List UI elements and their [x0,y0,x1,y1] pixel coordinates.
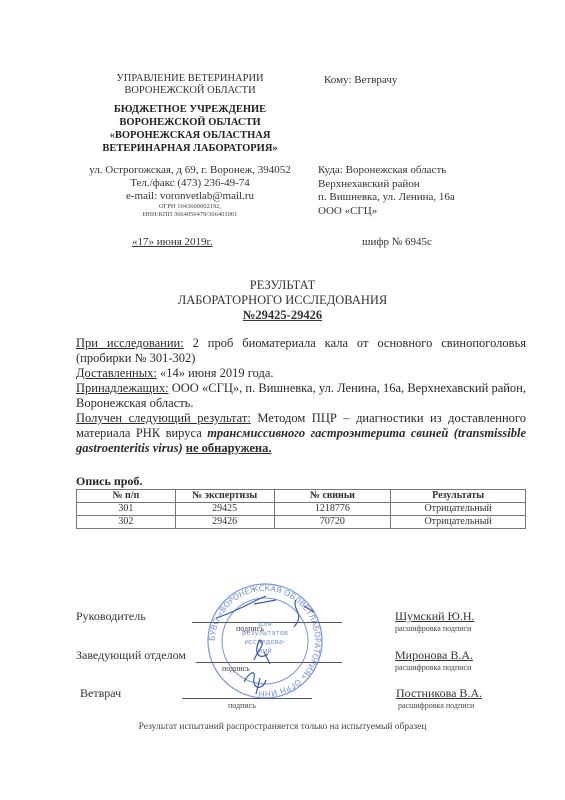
delivered-label: Доставленных: [76,366,157,380]
owner-paragraph: Принадлежащих: ООО «СГЦ», п. Вишневка, у… [76,381,526,411]
org-line-3: «ВОРОНЕЖСКАЯ ОБЛАСТНАЯ [70,129,310,142]
recipient-address: Куда: Воронежская область Верхнехавский … [318,164,455,218]
research-number: №29425-29426 [0,308,565,323]
org-address: ул. Острогожская, д 69, г. Воронеж, 3940… [60,164,320,177]
authority-line-1: УПРАВЛЕНИЕ ВЕТЕРИНАРИИ [70,73,310,85]
svg-text:исследова-: исследова- [244,638,286,646]
document-date: «17» июня 2019г. [132,236,213,249]
document-title: РЕЗУЛЬТАТ ЛАБОРАТОРНОГО ИССЛЕДОВАНИЯ №29… [0,278,565,323]
signature-name-head: Шумский Ю.Н. [395,609,475,624]
organization-contacts: ул. Острогожская, д 69, г. Воронеж, 3940… [60,164,320,219]
name-caption: расшифровка подписи [395,624,471,633]
column-header: № п/п [77,490,176,503]
column-header: № экспертизы [175,490,274,503]
table-cell: 301 [77,503,176,516]
recipient-address-line-3: п. Вишневка, ул. Ленина, 16а [318,191,455,205]
result-paragraph: Получен следующий результат: Методом ПЦР… [76,411,526,456]
title-line-1: РЕЗУЛЬТАТ [0,278,565,293]
table-cell: 302 [77,516,176,529]
table-cell: 70720 [274,516,391,529]
recipient-address-line-4: ООО «СГЦ» [318,205,455,219]
footer-note: Результат испытаний распространяется тол… [0,722,565,732]
cipher-number: шифр № 6945с [362,236,432,250]
signature-role-department: Заведующий отделом [76,648,186,663]
stamp-icon: БУВО «ВОРОНЕЖСКАЯ ОБЛВЕТЛАБОРАТОРИЯ» ОГР… [196,582,334,700]
probes-title: Опись проб. [76,474,142,489]
name-caption: расшифровка подписи [395,663,471,672]
signature-role-head: Руководитель [76,609,146,624]
organization-name: БЮДЖЕТНОЕ УЧРЕЖДЕНИЕ ВОРОНЕЖСКОЙ ОБЛАСТИ… [70,103,310,155]
svg-text:для: для [258,620,272,628]
authority-line-2: ВОРОНЕЖСКОЙ ОБЛАСТИ [70,85,310,97]
delivered-paragraph: Доставленных: «14» июня 2019 года. [76,366,526,381]
result-verdict: не обнаружена [186,441,269,455]
signature-caption: подпись [228,701,256,710]
table-row: 301 29425 1218776 Отрицательный [77,503,526,516]
org-line-4: ВЕТЕРИНАРНАЯ ЛАБОРАТОРИЯ» [70,142,310,155]
table-cell: 29425 [175,503,274,516]
owner-label: Принадлежащих: [76,381,169,395]
signature-name-vet: Постникова В.А. [396,686,482,701]
table-header-row: № п/п № экспертизы № свиньи Результаты [77,490,526,503]
result-end: . [268,441,271,455]
name-caption: расшифровка подписи [398,701,474,710]
table-cell: Отрицательный [391,516,526,529]
delivered-text: «14» июня 2019 года. [157,366,274,380]
table-row: 302 29426 70720 Отрицательный [77,516,526,529]
title-line-2: ЛАБОРАТОРНОГО ИССЛЕДОВАНИЯ [0,293,565,308]
org-line-2: ВОРОНЕЖСКОЙ ОБЛАСТИ [70,116,310,129]
org-line-1: БЮДЖЕТНОЕ УЧРЕЖДЕНИЕ [70,103,310,116]
signature-role-vet: Ветврач [80,686,121,701]
org-phone: Тел./факс (473) 236-49-74 [60,177,320,190]
official-stamp: БУВО «ВОРОНЕЖСКАЯ ОБЛВЕТЛАБОРАТОРИЯ» ОГР… [196,582,334,700]
column-header: Результаты [391,490,526,503]
research-label: При исследовании: [76,336,184,350]
signature-name-department: Миронова В.А. [395,648,473,663]
table-cell: Отрицательный [391,503,526,516]
recipient-address-line-1: Куда: Воронежская область [318,164,455,178]
column-header: № свиньи [274,490,391,503]
recipient-address-line-2: Верхнехавский район [318,178,455,192]
table-cell: 1218776 [274,503,391,516]
org-email: e-mail: voronvetlab@mail.ru [60,190,320,203]
research-body: При исследовании: 2 проб биоматериала ка… [76,336,526,456]
authority-name: УПРАВЛЕНИЕ ВЕТЕРИНАРИИ ВОРОНЕЖСКОЙ ОБЛАС… [70,73,310,97]
recipient-to: Кому: Ветврачу [324,74,397,88]
result-label: Получен следующий результат: [76,411,251,425]
svg-text:результатов: результатов [242,629,288,637]
org-inn-kpp: ИНН/КПП 3664056479/366401001 [60,211,320,219]
probes-table: № п/п № экспертизы № свиньи Результаты 3… [76,489,526,529]
table-cell: 29426 [175,516,274,529]
research-paragraph: При исследовании: 2 проб биоматериала ка… [76,336,526,366]
org-ogrn: ОГРН 1043600002192, [60,203,320,211]
